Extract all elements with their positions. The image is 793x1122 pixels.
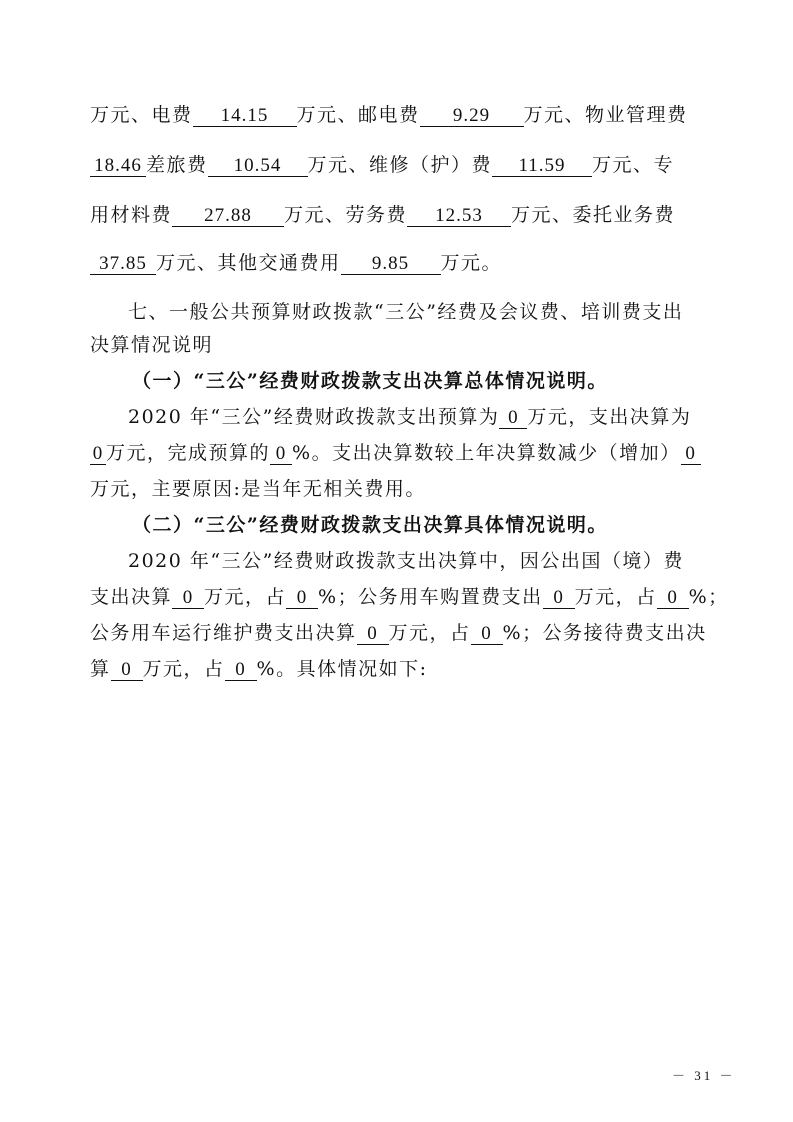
- expense-line-3: 用材料费27.88万元、劳务费12.53万元、委托业务费: [90, 203, 720, 227]
- text: 万元，占: [575, 586, 657, 608]
- text: 万元、劳务费: [284, 204, 407, 226]
- subsection-2-heading: （二）“三公”经费财政拨款支出决算具体情况说明。: [132, 513, 762, 537]
- expense-line-2: 18.46差旅费10.54万元、维修（护）费11.59万元、专: [90, 153, 720, 177]
- overseas-value: 0: [172, 588, 204, 609]
- text: 万元，完成预算的: [106, 442, 270, 464]
- text: 万元，占: [389, 622, 471, 644]
- maintenance-fee-value: 11.59: [492, 156, 592, 177]
- section-7-heading: 七、一般公共预算财政拨款“三公”经费及会议费、培训费支出: [128, 300, 720, 324]
- text: %。具体情况如下:: [257, 658, 428, 680]
- overseas-pct: 0: [286, 588, 318, 609]
- text: 万元、邮电费: [297, 104, 420, 126]
- text: 算: [90, 658, 111, 680]
- sub1-line-2: 0万元，完成预算的0%。支出决算数较上年决算数减少（增加）0: [90, 441, 720, 465]
- text: %；公务用车购置费支出: [318, 586, 543, 608]
- page-number: － 31 －: [672, 1065, 736, 1084]
- materials-fee-value: 27.88: [172, 206, 284, 227]
- text: %；公务接待费支出决: [503, 622, 707, 644]
- section-7-heading-cont: 决算情况说明: [90, 333, 720, 357]
- text: 用材料费: [90, 204, 172, 226]
- text: 万元，占: [143, 658, 225, 680]
- sub1-line-3: 万元，主要原因:是当年无相关费用。: [90, 477, 720, 501]
- vehicle-purchase-pct: 0: [657, 588, 689, 609]
- text: 万元、委托业务费: [511, 204, 675, 226]
- sub2-line-2: 支出决算0万元，占0%；公务用车购置费支出0万元，占0%；: [90, 585, 720, 609]
- text: 2020 年“三公”经费财政拨款支出预算为: [128, 406, 499, 428]
- text: 万元、其他交通费用: [156, 252, 341, 274]
- text: 万元，占: [204, 586, 286, 608]
- sub1-line-1: 2020 年“三公”经费财政拨款支出预算为0万元，支出决算为: [128, 405, 720, 429]
- sub2-line-1: 2020 年“三公”经费财政拨款支出决算中，因公出国（境）费: [128, 549, 720, 573]
- other-transport-fee-value: 9.85: [341, 254, 441, 275]
- text: 万元、维修（护）费: [308, 154, 493, 176]
- travel-fee-value: 10.54: [208, 156, 308, 177]
- text: 公务用车运行维护费支出决算: [90, 622, 357, 644]
- property-fee-value: 18.46: [90, 156, 146, 177]
- text: 万元、电费: [90, 104, 193, 126]
- text: 支出决算: [90, 586, 172, 608]
- sub2-line-4: 算0万元，占0%。具体情况如下:: [90, 657, 720, 681]
- reception-value: 0: [111, 660, 143, 681]
- actual-value: 0: [90, 444, 106, 465]
- sub2-line-3: 公务用车运行维护费支出决算0万元，占0%；公务接待费支出决: [90, 621, 720, 645]
- commissioned-fee-value: 37.85: [90, 254, 156, 275]
- expense-line-1: 万元、电费14.15万元、邮电费9.29万元、物业管理费: [90, 103, 720, 127]
- text: 万元，支出决算为: [527, 406, 691, 428]
- text: %；: [689, 586, 729, 608]
- text: %。支出决算数较上年决算数减少（增加）: [292, 442, 681, 464]
- subsection-1-heading: （一）“三公”经费财政拨款支出决算总体情况说明。: [132, 369, 762, 393]
- change-value: 0: [681, 444, 701, 465]
- vehicle-operation-value: 0: [357, 624, 389, 645]
- labor-fee-value: 12.53: [407, 206, 511, 227]
- text: 万元、物业管理费: [524, 104, 688, 126]
- expense-line-4: 37.85万元、其他交通费用9.85万元。: [90, 251, 720, 275]
- vehicle-purchase-value: 0: [543, 588, 575, 609]
- text: 差旅费: [146, 154, 208, 176]
- document-page: 万元、电费14.15万元、邮电费9.29万元、物业管理费 18.46差旅费10.…: [0, 0, 793, 1122]
- reception-pct: 0: [225, 660, 257, 681]
- electricity-fee-value: 14.15: [193, 106, 297, 127]
- postal-fee-value: 9.29: [420, 106, 524, 127]
- text: 万元、专: [592, 154, 674, 176]
- completion-rate: 0: [270, 444, 292, 465]
- budget-value: 0: [499, 408, 527, 429]
- text: 万元。: [441, 252, 503, 274]
- vehicle-operation-pct: 0: [471, 624, 503, 645]
